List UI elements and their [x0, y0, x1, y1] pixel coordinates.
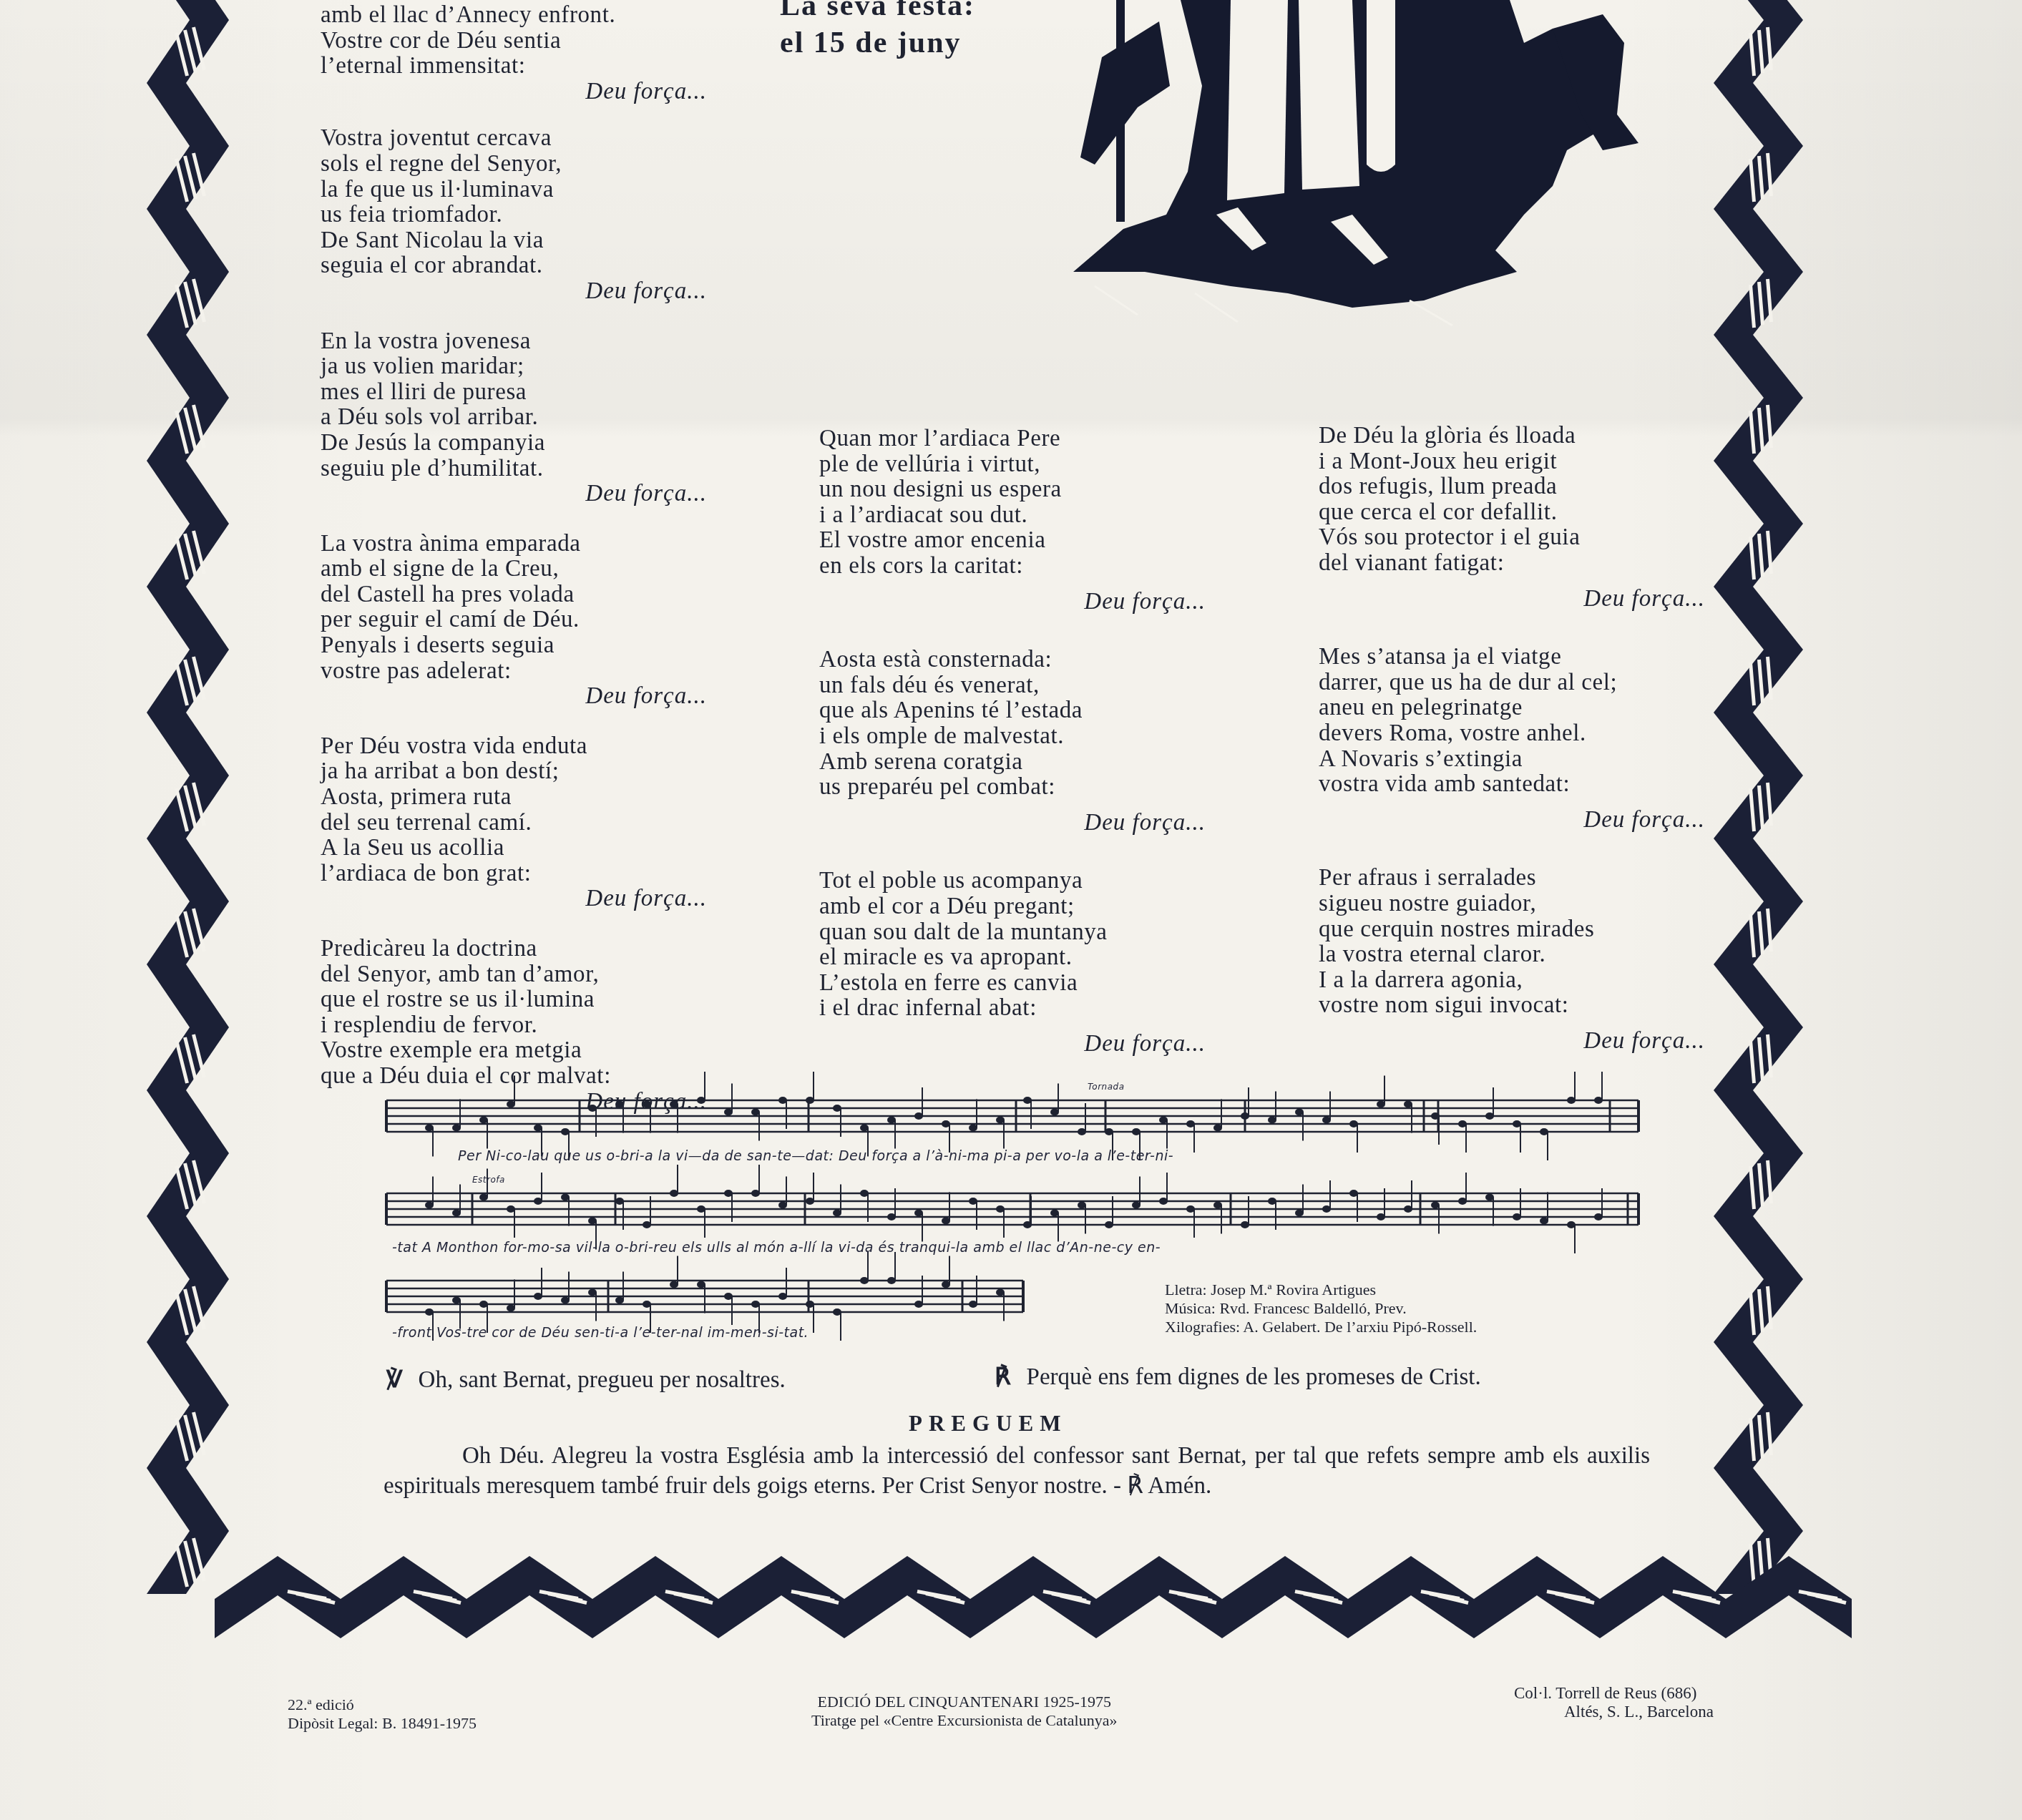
collection-name: Col·l. Torrell de Reus (686) [1514, 1684, 1696, 1702]
score-marking-tornada: Tornada [1088, 1082, 1125, 1092]
versicle-response: ℣Oh, sant Bernat, pregueu per nosaltres.… [386, 1365, 786, 1394]
score-lyrics-line-3: -front Vos-tre cor de Déu sen-ti-a l’e-t… [392, 1325, 809, 1341]
score-lyrics-line-1: Per Ni-co-lau que us o-bri-a la vi—da de… [458, 1148, 1173, 1164]
prayer-text: Oh Déu. Alegreu la vostra Església amb l… [384, 1441, 1650, 1501]
printer: Altés, S. L., Barcelona [1514, 1703, 1714, 1721]
versicle-symbol: ℣ [386, 1367, 403, 1393]
score-lyrics-line-2: -tat A Monthon for-mo-sa vil-la o-bri-re… [392, 1240, 1161, 1256]
response-text: Perquè ens fem dignes de les promeses de… [1027, 1364, 1481, 1390]
credit-woodcuts: Xilografies: A. Gelabert. De l’arxiu Pip… [1165, 1318, 1477, 1336]
edition-number: 22.ª edició [288, 1696, 477, 1714]
credits: Lletra: Josep M.ª Rovira Artigues Música… [1165, 1281, 1477, 1336]
prayer-title: PREGUEM [909, 1411, 1067, 1437]
credit-music: Música: Rvd. Francesc Baldelló, Prev. [1165, 1299, 1477, 1318]
score-marking-estrofa: Estrofa [472, 1175, 505, 1185]
legal-deposit: Dipòsit Legal: B. 18491-1975 [288, 1714, 477, 1733]
anniversary-edition: EDICIÓ DEL CINQUANTENARI 1925-1975 [811, 1693, 1117, 1711]
music-score [0, 0, 2022, 1820]
footer-anniversary: EDICIÓ DEL CINQUANTENARI 1925-1975 Tirat… [811, 1693, 1117, 1730]
footer-collection: Col·l. Torrell de Reus (686) Altés, S. L… [1514, 1684, 1714, 1721]
credit-lyrics: Lletra: Josep M.ª Rovira Artigues [1165, 1281, 1477, 1299]
footer-edition: 22.ª edició Dipòsit Legal: B. 18491-1975 [288, 1696, 477, 1733]
response-symbol: ℟ [995, 1364, 1011, 1390]
versicle-text: Oh, sant Bernat, pregueu per nosaltres. [419, 1367, 786, 1393]
print-run: Tiratge pel «Centre Excursionista de Cat… [811, 1711, 1117, 1730]
